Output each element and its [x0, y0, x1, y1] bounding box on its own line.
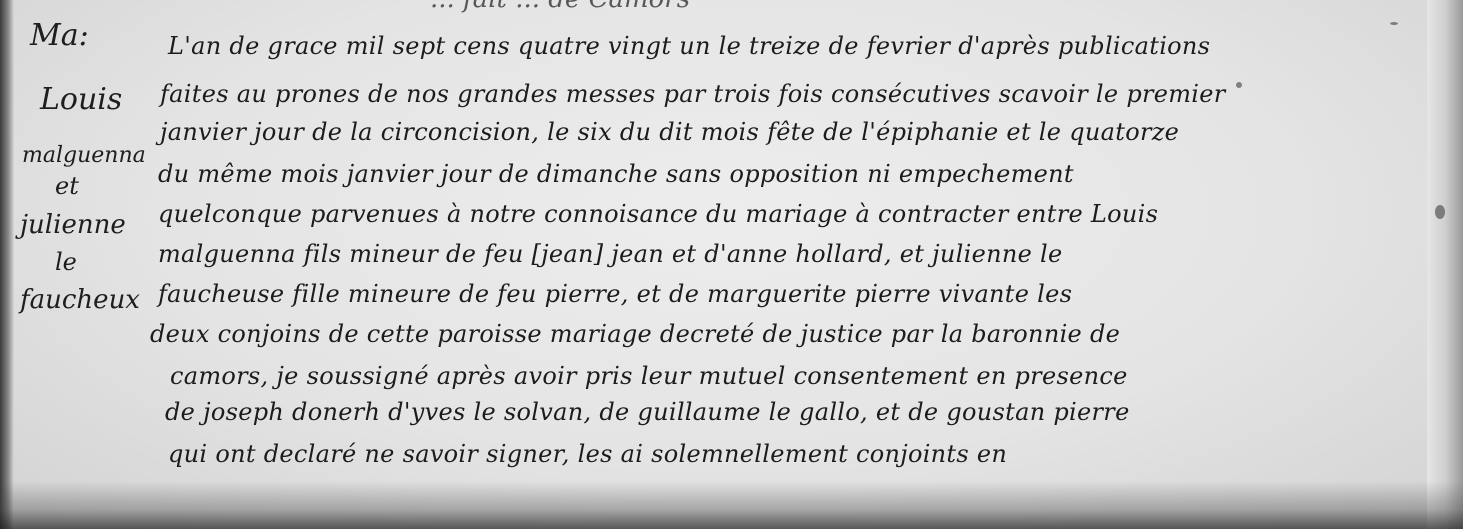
page-binding-shadow — [0, 0, 14, 529]
record-line-9: camors, je soussigné après avoir pris le… — [170, 362, 1128, 390]
margin-name-louis: Louis — [40, 82, 122, 117]
record-line-6: malguenna fils mineur de feu [jean] jean… — [158, 240, 1063, 268]
margin-name-faucheux: faucheux — [20, 285, 140, 315]
record-line-7: faucheuse fille mineure de feu pierre, e… — [158, 280, 1072, 308]
page-bottom-edge — [0, 481, 1463, 529]
entry-tag: Ma: — [30, 18, 89, 53]
margin-name-le: le — [55, 248, 77, 276]
record-line-10: de joseph donerh d'yves le solvan, de gu… — [165, 398, 1130, 426]
ink-stain — [1435, 205, 1445, 219]
ink-speck — [1236, 82, 1242, 88]
record-line-2: faites au prones de nos grandes messes p… — [160, 80, 1226, 108]
margin-name-julienne: julienne — [20, 210, 126, 240]
page-right-edge — [1427, 0, 1463, 529]
record-line-11: qui ont declaré ne savoir signer, les ai… — [168, 440, 1007, 468]
record-line-3: janvier jour de la circoncision, le six … — [160, 118, 1179, 146]
record-line-8: deux conjoins de cette paroisse mariage … — [150, 320, 1120, 348]
ink-speck — [1390, 22, 1398, 25]
register-page: ... fait ... de Camors Ma: Louis malguen… — [0, 0, 1463, 529]
record-line-4: du même mois janvier jour de dimanche sa… — [158, 160, 1074, 188]
previous-entry-fragment: ... fait ... de Camors — [430, 0, 690, 14]
margin-conjunction: et — [55, 172, 79, 200]
record-line-1: L'an de grace mil sept cens quatre vingt… — [168, 32, 1210, 60]
record-line-5: quelconque parvenues à notre connoisance… — [158, 200, 1158, 228]
margin-name-malguenna: malguenna — [22, 143, 146, 168]
